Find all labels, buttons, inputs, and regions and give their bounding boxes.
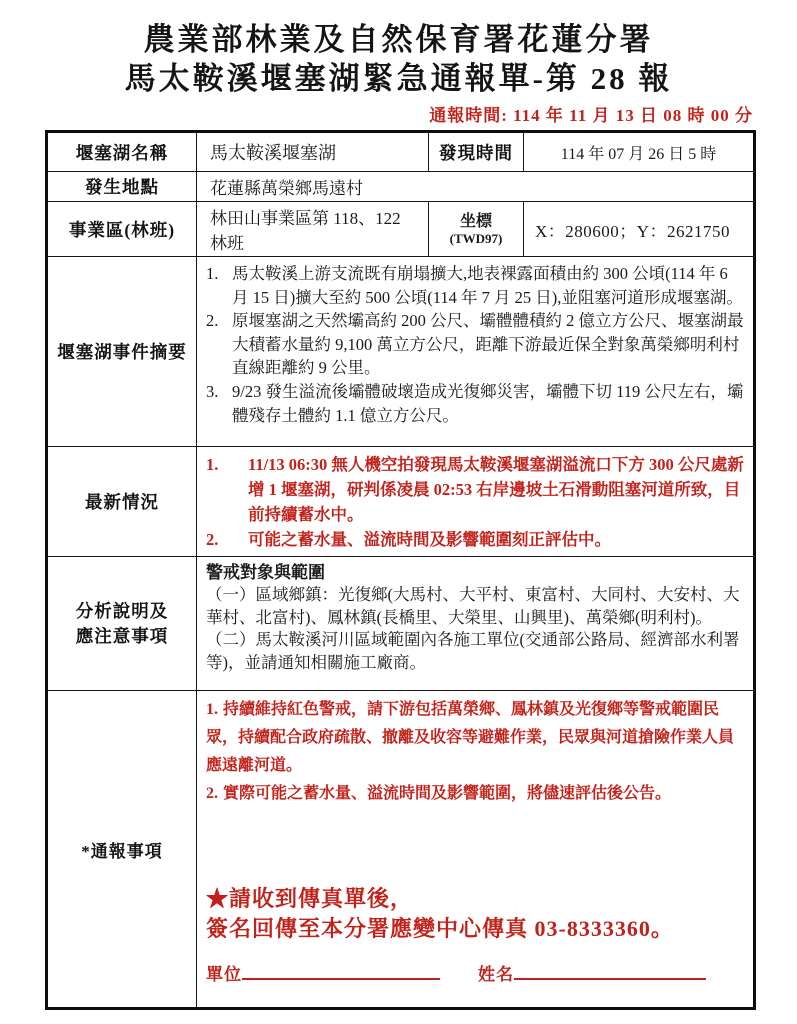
table-row: 發生地點 花蓮縣萬榮鄉馬遠村 [47, 172, 755, 202]
list-item-text: 持續維持紅色警戒，請下游包括萬榮鄉、鳳林鎮及光復鄉等警戒範圍民眾，持續配合政府疏… [206, 701, 734, 774]
unit-field-label: 單位 [206, 965, 242, 984]
notice-content: 1.持續維持紅色警戒，請下游包括萬榮鄉、鳳林鎮及光復鄉等警戒範圍民眾，持續配合政… [197, 691, 755, 1009]
event-summary-content: 1. 馬太鞍溪上游支流既有崩塌擴大,地表裸露面積由約 300 公頃(114 年 … [197, 257, 755, 447]
list-item-number: 1. [206, 452, 248, 527]
table-row: 堰塞湖事件摘要 1. 馬太鞍溪上游支流既有崩塌擴大,地表裸露面積由約 300 公… [47, 257, 755, 447]
lake-name-label: 堰塞湖名稱 [47, 132, 197, 172]
forest-district-value: 林田山事業區第 118、122 林班 [197, 202, 429, 257]
list-item-number: 1. [206, 701, 218, 718]
notice-label: *通報事項 [47, 691, 197, 1009]
latest-status-item: 1. 11/13 06:30 無人機空拍發現馬太鞍溪堰塞湖溢流口下方 300 公… [206, 452, 745, 527]
list-item-text: 實際可能之蓄水量、溢流時間及影響範圍，將儘速評估後公告。 [223, 785, 671, 802]
table-row: 事業區(林班) 林田山事業區第 118、122 林班 坐標 (TWD97) X：… [47, 202, 755, 257]
notice-item: 2.實際可能之蓄水量、溢流時間及影響範圍，將儘速評估後公告。 [206, 780, 745, 808]
analysis-paragraph: （二）馬太鞍溪河川區域範圍內各施工單位(交通部公路局、經濟部水利署等)，並請通知… [206, 629, 745, 674]
list-item-text: 9/23 發生溢流後壩體破壞造成光復鄉災害，壩體下切 119 公尺左右，壩體殘存… [232, 380, 745, 427]
lake-name-value: 馬太鞍溪堰塞湖 [197, 132, 429, 172]
latest-status-content: 1. 11/13 06:30 無人機空拍發現馬太鞍溪堰塞湖溢流口下方 300 公… [197, 447, 755, 557]
list-item-number: 2. [206, 309, 232, 380]
location-value: 花蓮縣萬榮鄉馬遠村 [197, 172, 755, 202]
list-item-text: 馬太鞍溪上游支流既有崩塌擴大,地表裸露面積由約 300 公頃(114 年 6 月… [232, 262, 745, 309]
page-title-line-1: 農業部林業及自然保育署花蓮分署 [0, 20, 797, 59]
page-title-line-2: 馬太鞍溪堰塞湖緊急通報單-第 28 報 [0, 59, 797, 98]
latest-status-item: 2. 可能之蓄水量、溢流時間及影響範圍刻正評估中。 [206, 527, 745, 552]
list-item-number: 2. [206, 785, 218, 802]
forest-district-label: 事業區(林班) [47, 202, 197, 257]
report-time-text: 通報時間: 114 年 11 月 13 日 08 時 00 分 [0, 101, 753, 126]
analysis-label-line-2: 應注意事項 [48, 624, 196, 649]
notification-table: 堰塞湖名稱 馬太鞍溪堰塞湖 發現時間 114 年 07 月 26 日 5 時 發… [45, 130, 756, 1010]
coordinate-value: X：280600；Y：2621750 [524, 202, 755, 257]
list-item-text: 11/13 06:30 無人機空拍發現馬太鞍溪堰塞湖溢流口下方 300 公尺處新… [248, 452, 745, 527]
table-row: 最新情況 1. 11/13 06:30 無人機空拍發現馬太鞍溪堰塞湖溢流口下方 … [47, 447, 755, 557]
analysis-paragraph: （一）區域鄉鎮：光復鄉(大馬村、大平村、東富村、大同村、大安村、大華村、北富村)… [206, 584, 745, 629]
location-label: 發生地點 [47, 172, 197, 202]
summary-item: 2. 原堰塞湖之天然壩高約 200 公尺、壩體體積約 2 億立方公尺、堰塞湖最大… [206, 309, 745, 380]
table-row: *通報事項 1.持續維持紅色警戒，請下游包括萬榮鄉、鳳林鎮及光復鄉等警戒範圍民眾… [47, 691, 755, 1009]
summary-item: 1. 馬太鞍溪上游支流既有崩塌擴大,地表裸露面積由約 300 公頃(114 年 … [206, 262, 745, 309]
fax-instruction-line-2: 簽名回傳至本分署應變中心傳真 03-8333360。 [206, 914, 745, 944]
fax-instruction-line-1: ★請收到傳真單後， [206, 884, 745, 914]
list-item-number: 3. [206, 380, 232, 427]
list-item-text: 可能之蓄水量、溢流時間及影響範圍刻正評估中。 [248, 527, 611, 552]
table-row: 分析說明及 應注意事項 警戒對象與範圍 （一）區域鄉鎮：光復鄉(大馬村、大平村、… [47, 557, 755, 691]
summary-item: 3. 9/23 發生溢流後壩體破壞造成光復鄉災害，壩體下切 119 公尺左右，壩… [206, 380, 745, 427]
coordinate-datum-text: (TWD97) [429, 231, 523, 247]
document-title: 農業部林業及自然保育署花蓮分署 馬太鞍溪堰塞湖緊急通報單-第 28 報 [0, 20, 797, 98]
event-summary-label: 堰塞湖事件摘要 [47, 257, 197, 447]
alert-scope-heading: 警戒對象與範圍 [206, 562, 745, 584]
latest-status-label: 最新情況 [47, 447, 197, 557]
unit-blank-line [242, 966, 440, 980]
discovery-time-value: 114 年 07 月 26 日 5 時 [524, 132, 755, 172]
analysis-label: 分析說明及 應注意事項 [47, 557, 197, 691]
list-item-number: 2. [206, 527, 248, 552]
list-item-number: 1. [206, 262, 232, 309]
signature-line: 單位姓名 [206, 961, 745, 989]
scanned-notification-page: { "colors": { "accent_red": "#c2211a", "… [0, 0, 797, 1024]
analysis-content: 警戒對象與範圍 （一）區域鄉鎮：光復鄉(大馬村、大平村、東富村、大同村、大安村、… [197, 557, 755, 691]
coordinate-label-text: 坐標 [429, 212, 523, 231]
name-field-label: 姓名 [478, 965, 514, 984]
notice-item: 1.持續維持紅色警戒，請下游包括萬榮鄉、鳳林鎮及光復鄉等警戒範圍民眾，持續配合政… [206, 696, 745, 780]
fax-instruction: ★請收到傳真單後， 簽名回傳至本分署應變中心傳真 03-8333360。 [206, 884, 745, 944]
name-blank-line [514, 966, 706, 980]
discovery-time-label: 發現時間 [429, 132, 524, 172]
table-row: 堰塞湖名稱 馬太鞍溪堰塞湖 發現時間 114 年 07 月 26 日 5 時 [47, 132, 755, 172]
analysis-label-line-1: 分析說明及 [48, 599, 196, 624]
coordinate-label: 坐標 (TWD97) [429, 202, 524, 257]
list-item-text: 原堰塞湖之天然壩高約 200 公尺、壩體體積約 2 億立方公尺、堰塞湖最大積蓄水… [232, 309, 745, 380]
